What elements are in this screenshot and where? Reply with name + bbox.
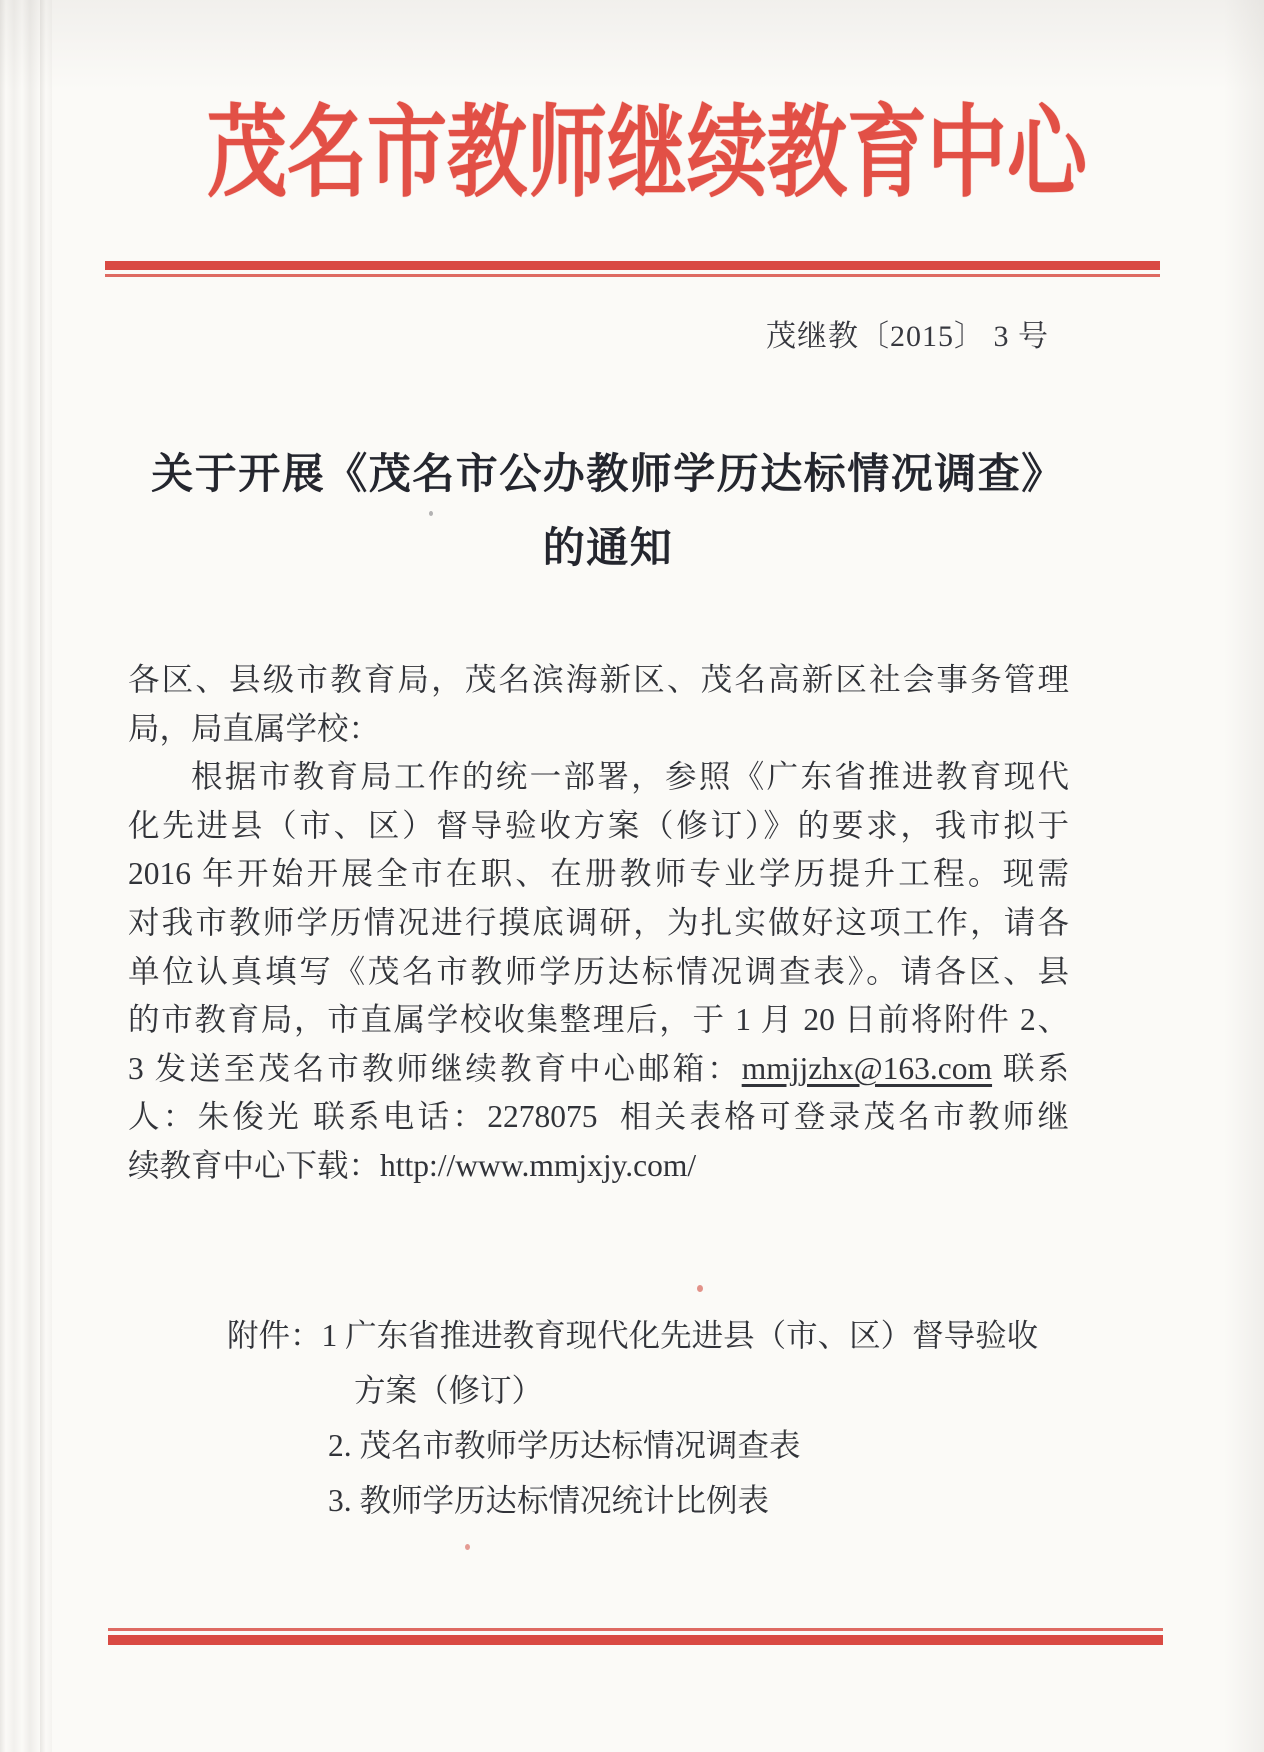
letterhead-rule-thick bbox=[105, 261, 1160, 270]
body-line: 各区、县级市教育局，茂名滨海新区、茂名高新区社会事务管理 bbox=[128, 656, 1069, 705]
body-line: 化先进县（市、区）督导验收方案（修订）》的要求，我市拟于 bbox=[128, 802, 1069, 851]
body-text: 各区、县级市教育局，茂名滨海新区、茂名高新区社会事务管理 局，局直属学校： 根据… bbox=[128, 656, 1069, 1191]
body-line: 局，局直属学校： bbox=[128, 705, 1069, 754]
footer-rule-thin bbox=[108, 1628, 1163, 1631]
attachment-item: 2. 茂名市教师学历达标情况调查表 bbox=[128, 1418, 1069, 1473]
attachment-item: 3. 教师学历达标情况统计比例表 bbox=[128, 1473, 1069, 1528]
scan-speck bbox=[465, 1544, 470, 1550]
letterhead-org-name: 茂名市教师继续教育中心 bbox=[207, 98, 1023, 218]
body-line: 对我市教师学历情况进行摸底调研，为扎实做好这项工作，请各 bbox=[128, 899, 1069, 948]
scan-artifact bbox=[1224, 0, 1264, 1752]
letterhead-rule-thin bbox=[105, 274, 1160, 277]
attachment-heading: 附件：1 广东省推进教育现代化先进县（市、区）督导验收 bbox=[128, 1308, 1069, 1363]
document-page: { "colors": { "header_red": "#e25046", "… bbox=[0, 0, 1264, 1752]
attachments-section: 附件：1 广东省推进教育现代化先进县（市、区）督导验收 方案（修订） 2. 茂名… bbox=[128, 1308, 1069, 1528]
document-number: 茂继教〔2015〕 3 号 bbox=[766, 318, 1049, 356]
document-title: 关于开展《茂名市公办教师学历达标情况调查》 的通知 bbox=[98, 438, 1118, 586]
body-line: 2016 年开始开展全市在职、在册教师专业学历提升工程。现需 bbox=[128, 850, 1069, 899]
document-title-line1: 关于开展《茂名市公办教师学历达标情况调查》 bbox=[98, 438, 1118, 512]
body-line: 根据市教育局工作的统一部署，参照《广东省推进教育现代 bbox=[128, 753, 1069, 802]
footer-rule-thick bbox=[108, 1635, 1163, 1645]
body-line: 单位认真填写《茂名市教师学历达标情况调查表》。请各区、县 bbox=[128, 948, 1069, 997]
body-line: 人：朱俊光 联系电话：2278075 相关表格可登录茂名市教师继 bbox=[128, 1093, 1069, 1142]
email-address: mmjjzhx@163.com bbox=[742, 1051, 992, 1086]
body-line-segment: 联系 bbox=[992, 1051, 1069, 1086]
body-line: 续教育中心下载：http://www.mmjxjy.com/ bbox=[128, 1142, 1069, 1191]
scan-artifact bbox=[0, 0, 52, 1752]
scan-speck bbox=[697, 1285, 703, 1292]
body-line: 的市教育局，市直属学校收集整理后，于 1 月 20 日前将附件 2、 bbox=[128, 996, 1069, 1045]
scan-artifact bbox=[0, 0, 1264, 90]
body-line-segment: 3 发送至茂名市教师继续教育中心邮箱： bbox=[128, 1051, 742, 1086]
document-title-line2: 的通知 bbox=[98, 512, 1118, 586]
body-line: 3 发送至茂名市教师继续教育中心邮箱：mmjjzhx@163.com 联系 bbox=[128, 1045, 1069, 1094]
attachment-heading-continuation: 方案（修订） bbox=[128, 1363, 1069, 1418]
